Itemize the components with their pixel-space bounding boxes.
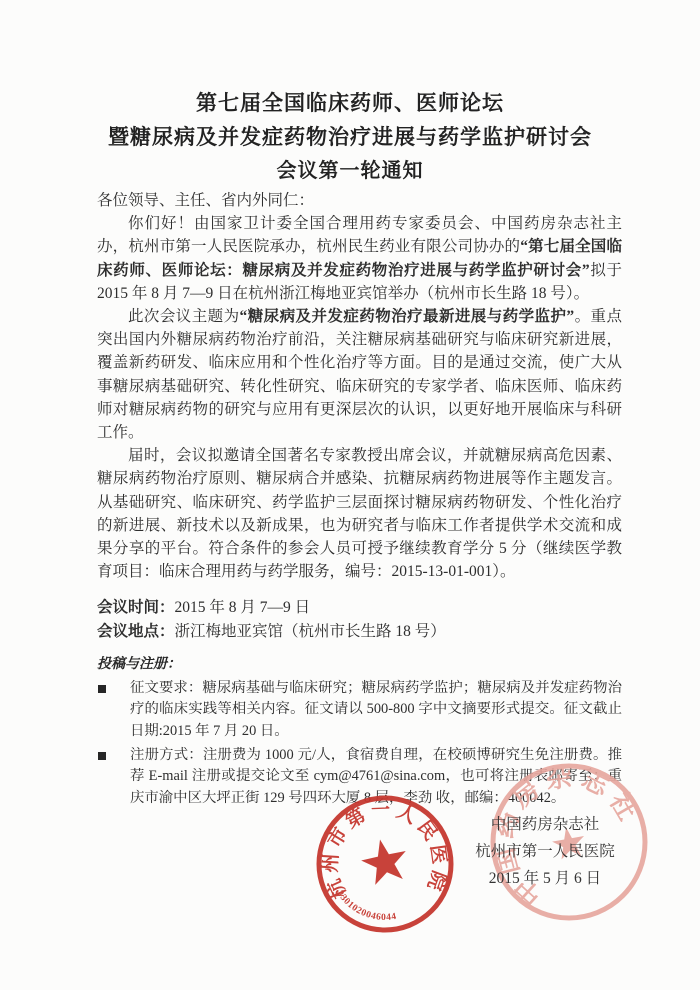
meeting-time-label: 会议时间： — [97, 599, 175, 616]
salutation: 各位领导、主任、省内外同仁： — [97, 189, 622, 212]
bullet-square-icon — [98, 685, 106, 693]
paragraph-2: 此次会议主题为“糖尿病及并发症药物治疗最新进展与药学监护”。重点突出国内外糖尿病… — [97, 305, 622, 444]
bullet-call-for-papers-text: 征文要求：糖尿病基础与临床研究；糖尿病药学监护；糖尿病及并发症药物治疗的临床实践… — [130, 680, 622, 739]
meeting-place-label: 会议地点： — [97, 623, 175, 640]
para2-seg1: 此次会议主题为 — [128, 308, 240, 325]
notice-title: 第七届全国临床药师、医师论坛 暨糖尿病及并发症药物治疗进展与药学监护研讨会 会议… — [0, 86, 700, 188]
meeting-time-line: 会议时间：2015 年 8 月 7—9 日 — [97, 596, 622, 619]
hospital-seal-star-icon — [358, 835, 412, 887]
title-line-1: 第七届全国临床药师、医师论坛 — [0, 86, 700, 120]
title-line-3: 会议第一轮通知 — [0, 154, 700, 188]
meeting-place-value: 浙江梅地亚宾馆（杭州市长生路 18 号） — [175, 623, 446, 640]
meeting-time-value: 2015 年 8 月 7—9 日 — [175, 599, 311, 616]
signature-block: 中国药房杂志社 杭州市第一人民医院 2015 年 5 月 6 日 — [425, 811, 665, 893]
signature-date: 2015 年 5 月 6 日 — [425, 865, 665, 892]
bullet-square-icon — [98, 752, 106, 760]
scanned-notice-page: 杭州市第一人民医院 3301020046044 中国药房杂志社 第七届全国临床药… — [0, 0, 700, 990]
paragraph-1: 你们好！由国家卫计委全国合理用药专家委员会、中国药房杂志社主办，杭州市第一人民医… — [97, 212, 622, 305]
para2-bold-segment: “糖尿病及并发症药物治疗最新进展与药学监护” — [240, 308, 575, 325]
paragraph-3: 届时，会议拟邀请全国著名专家教授出席会议，并就糖尿病高危因素、糖尿病药物治疗原则… — [97, 444, 622, 583]
signature-org-1: 中国药房杂志社 — [425, 811, 665, 838]
title-line-2: 暨糖尿病及并发症药物治疗进展与药学监护研讨会 — [0, 120, 700, 154]
notice-body: 各位领导、主任、省内外同仁： 你们好！由国家卫计委全国合理用药专家委员会、中国药… — [97, 189, 622, 809]
submission-heading: 投稿与注册： — [97, 654, 622, 675]
bullet-call-for-papers: 征文要求：糖尿病基础与临床研究；糖尿病药学监护；糖尿病及并发症药物治疗的临床实践… — [97, 678, 622, 743]
para2-seg3: 。重点突出国内外糖尿病药物治疗前沿，关注糖尿病基础研究与临床研究新进展，覆盖新药… — [97, 308, 622, 441]
meeting-place-line: 会议地点：浙江梅地亚宾馆（杭州市长生路 18 号） — [97, 620, 622, 643]
signature-org-2: 杭州市第一人民医院 — [425, 838, 665, 865]
